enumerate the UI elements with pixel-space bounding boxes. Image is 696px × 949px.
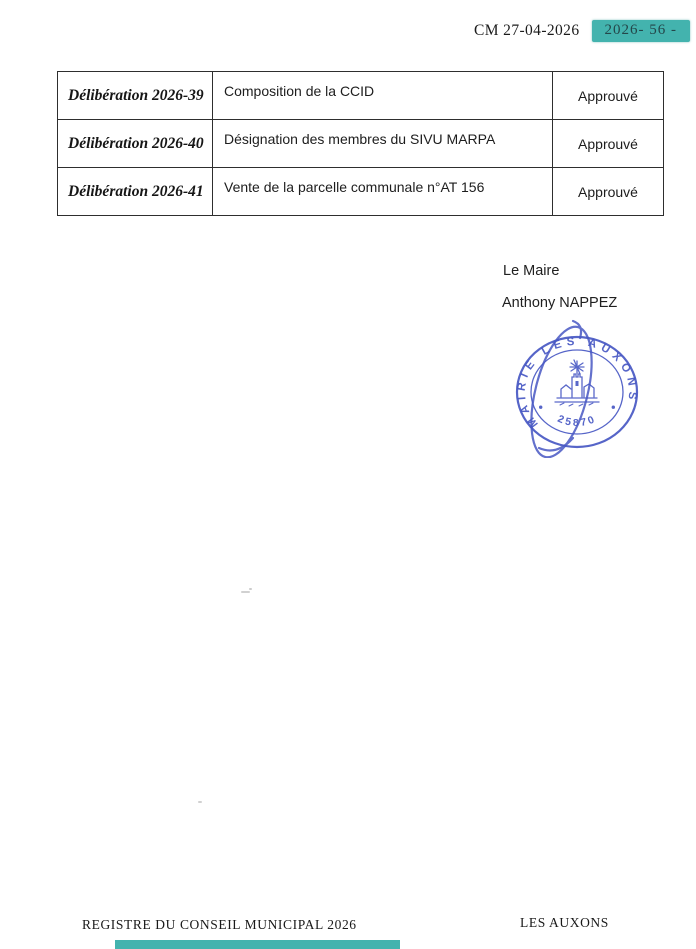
scanned-register-page: CM 27-04-2026 2026- 56 - Délibération 20… xyxy=(0,0,696,949)
deliberation-subject: Désignation des membres du SIVU MARPA xyxy=(213,120,553,168)
signer-title: Le Maire xyxy=(503,263,559,279)
deliberation-status: Approuvé xyxy=(553,72,664,120)
commune-footer-name: LES AUXONS xyxy=(520,915,609,931)
deliberation-ref: Délibération 2026-40 xyxy=(58,120,213,168)
page-header: CM 27-04-2026 2026- 56 - xyxy=(0,20,690,42)
footer-highlight-bar xyxy=(115,940,400,949)
meeting-reference: CM 27-04-2026 xyxy=(474,22,580,40)
scan-speck xyxy=(249,588,252,590)
table-row: Délibération 2026-40 Désignation des mem… xyxy=(58,120,664,168)
table-row: Délibération 2026-39 Composition de la C… xyxy=(58,72,664,120)
stamp-dot-left-icon xyxy=(539,406,542,409)
scan-speck xyxy=(241,591,250,593)
deliberation-status: Approuvé xyxy=(553,168,664,216)
table-row: Délibération 2026-41 Vente de la parcell… xyxy=(58,168,664,216)
deliberation-status: Approuvé xyxy=(553,120,664,168)
scan-speck xyxy=(198,801,202,803)
signer-name: Anthony NAPPEZ xyxy=(502,295,617,311)
deliberations-table: Délibération 2026-39 Composition de la C… xyxy=(57,71,664,216)
deliberation-ref: Délibération 2026-39 xyxy=(58,72,213,120)
page-number-highlight: 2026- 56 - xyxy=(592,20,691,42)
deliberation-subject: Vente de la parcelle communale n°AT 156 xyxy=(213,168,553,216)
register-footer-title: REGISTRE DU CONSEIL MUNICIPAL 2026 xyxy=(82,917,357,933)
deliberation-ref: Délibération 2026-41 xyxy=(58,168,213,216)
stamp-dot-right-icon xyxy=(612,406,615,409)
deliberation-subject: Composition de la CCID xyxy=(213,72,553,120)
municipal-stamp: MAIRIE LES AUXONS 25870 xyxy=(497,318,647,458)
